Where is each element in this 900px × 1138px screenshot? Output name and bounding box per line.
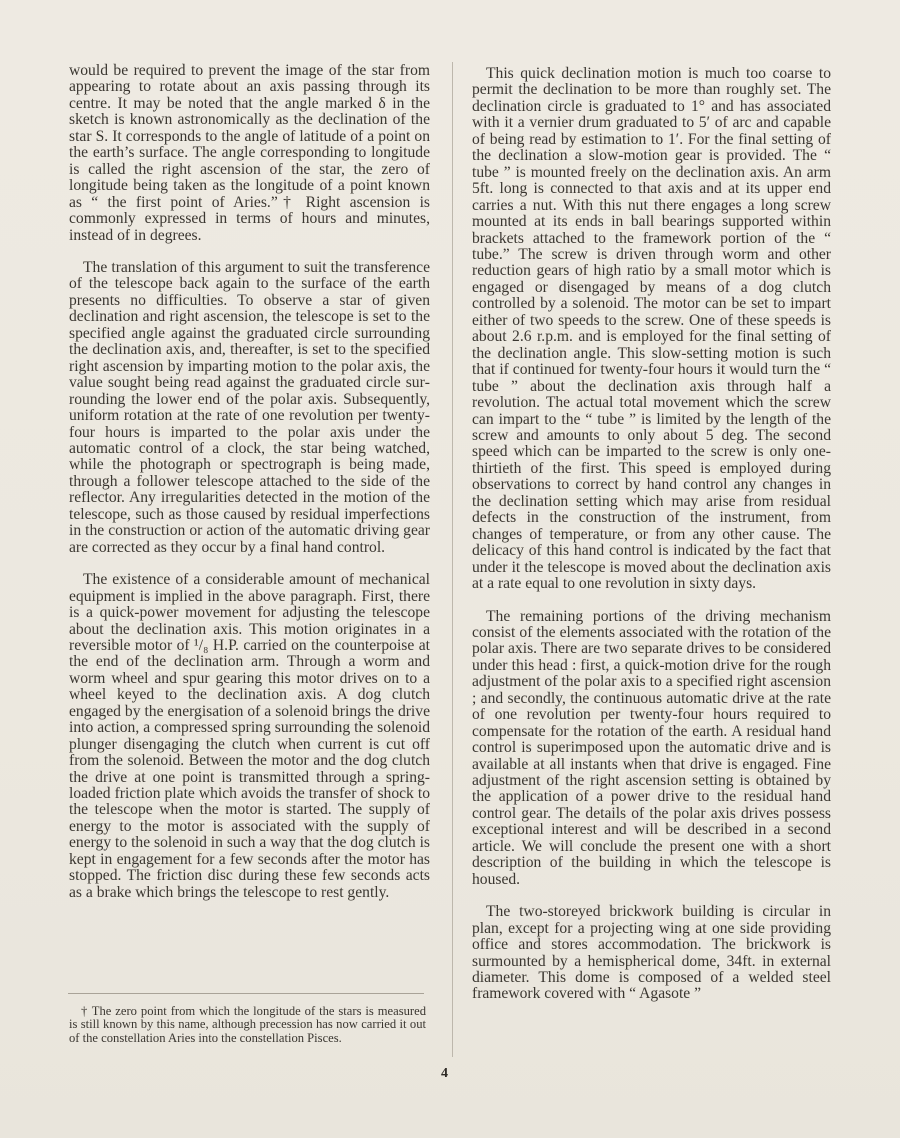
footnote-text: † The zero point from which the longitud…: [69, 1005, 426, 1045]
paragraph-building: The two-storeyed brickwork building is c…: [472, 904, 831, 1003]
paragraph-driving-mechanism: The remaining portions of the driving me…: [472, 609, 831, 889]
page-number: 4: [441, 1066, 448, 1082]
paragraph-mechanical-equipment: The existence of a considerable amount o…: [69, 572, 430, 901]
footnote-rule: [68, 993, 424, 994]
paragraph-translation-argument: The translation of this argument to suit…: [69, 260, 430, 556]
document-page: would be required to prevent the image o…: [0, 0, 900, 1138]
column-divider: [452, 62, 453, 1057]
paragraph-continued: would be required to prevent the image o…: [69, 63, 430, 244]
paragraph-declination-motion: This quick declination motion is much to…: [472, 66, 831, 593]
footnote: † The zero point from which the longitud…: [69, 1005, 426, 1045]
left-column: would be required to prevent the image o…: [69, 63, 430, 901]
right-column: This quick declination motion is much to…: [472, 66, 831, 1003]
